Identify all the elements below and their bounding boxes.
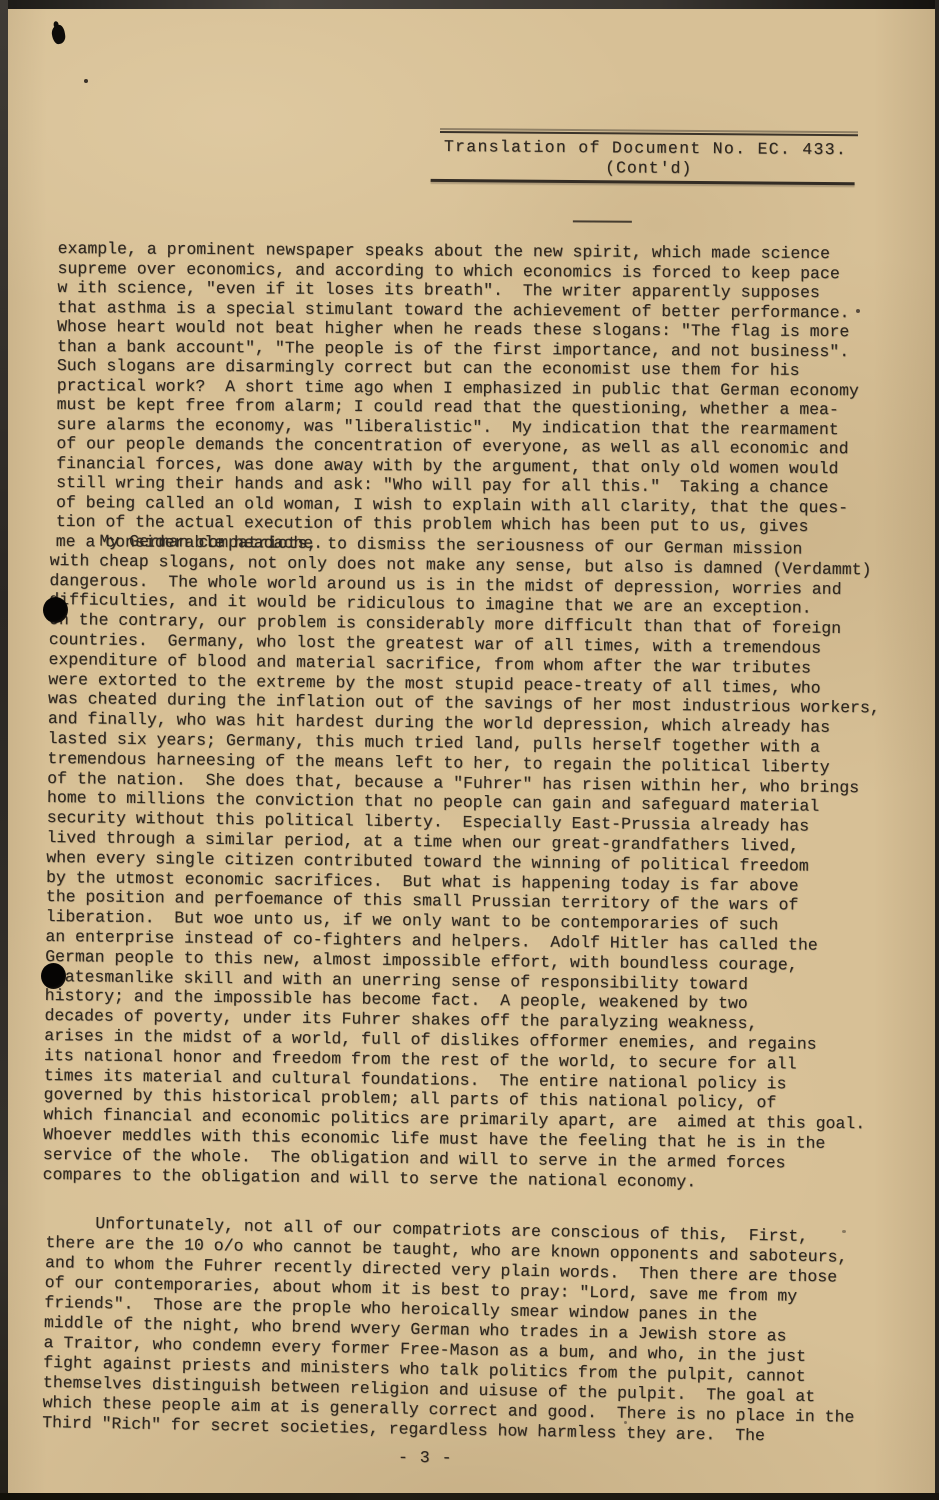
paper-speck xyxy=(84,79,88,83)
paragraph-1: example, a prominent newspaper speaks ab… xyxy=(56,200,860,556)
scan-edge-right xyxy=(935,0,939,1500)
hole-punch xyxy=(41,963,66,989)
paragraph-3: Unfortunately, not all of our compatriot… xyxy=(42,1213,858,1448)
page-number: - 3 - xyxy=(398,1448,453,1467)
scan-edge-bottom xyxy=(0,1493,939,1500)
document-subtitle: (Cont'd) xyxy=(440,156,858,182)
scan-edge-left xyxy=(0,0,8,1500)
ink-blot xyxy=(51,24,67,45)
hole-punch xyxy=(43,597,68,623)
scan-edge-top xyxy=(0,0,939,9)
underline-mark xyxy=(573,220,632,222)
scanned-document: { "document": { "header": { "title": "Tr… xyxy=(0,0,939,1500)
document-header: Translation of Document No. EC. 433. (Co… xyxy=(440,131,858,185)
document-title: Translation of Document No. EC. 433. xyxy=(440,133,858,159)
paragraph-2: My German compatriots, to dismiss the se… xyxy=(43,531,882,1194)
